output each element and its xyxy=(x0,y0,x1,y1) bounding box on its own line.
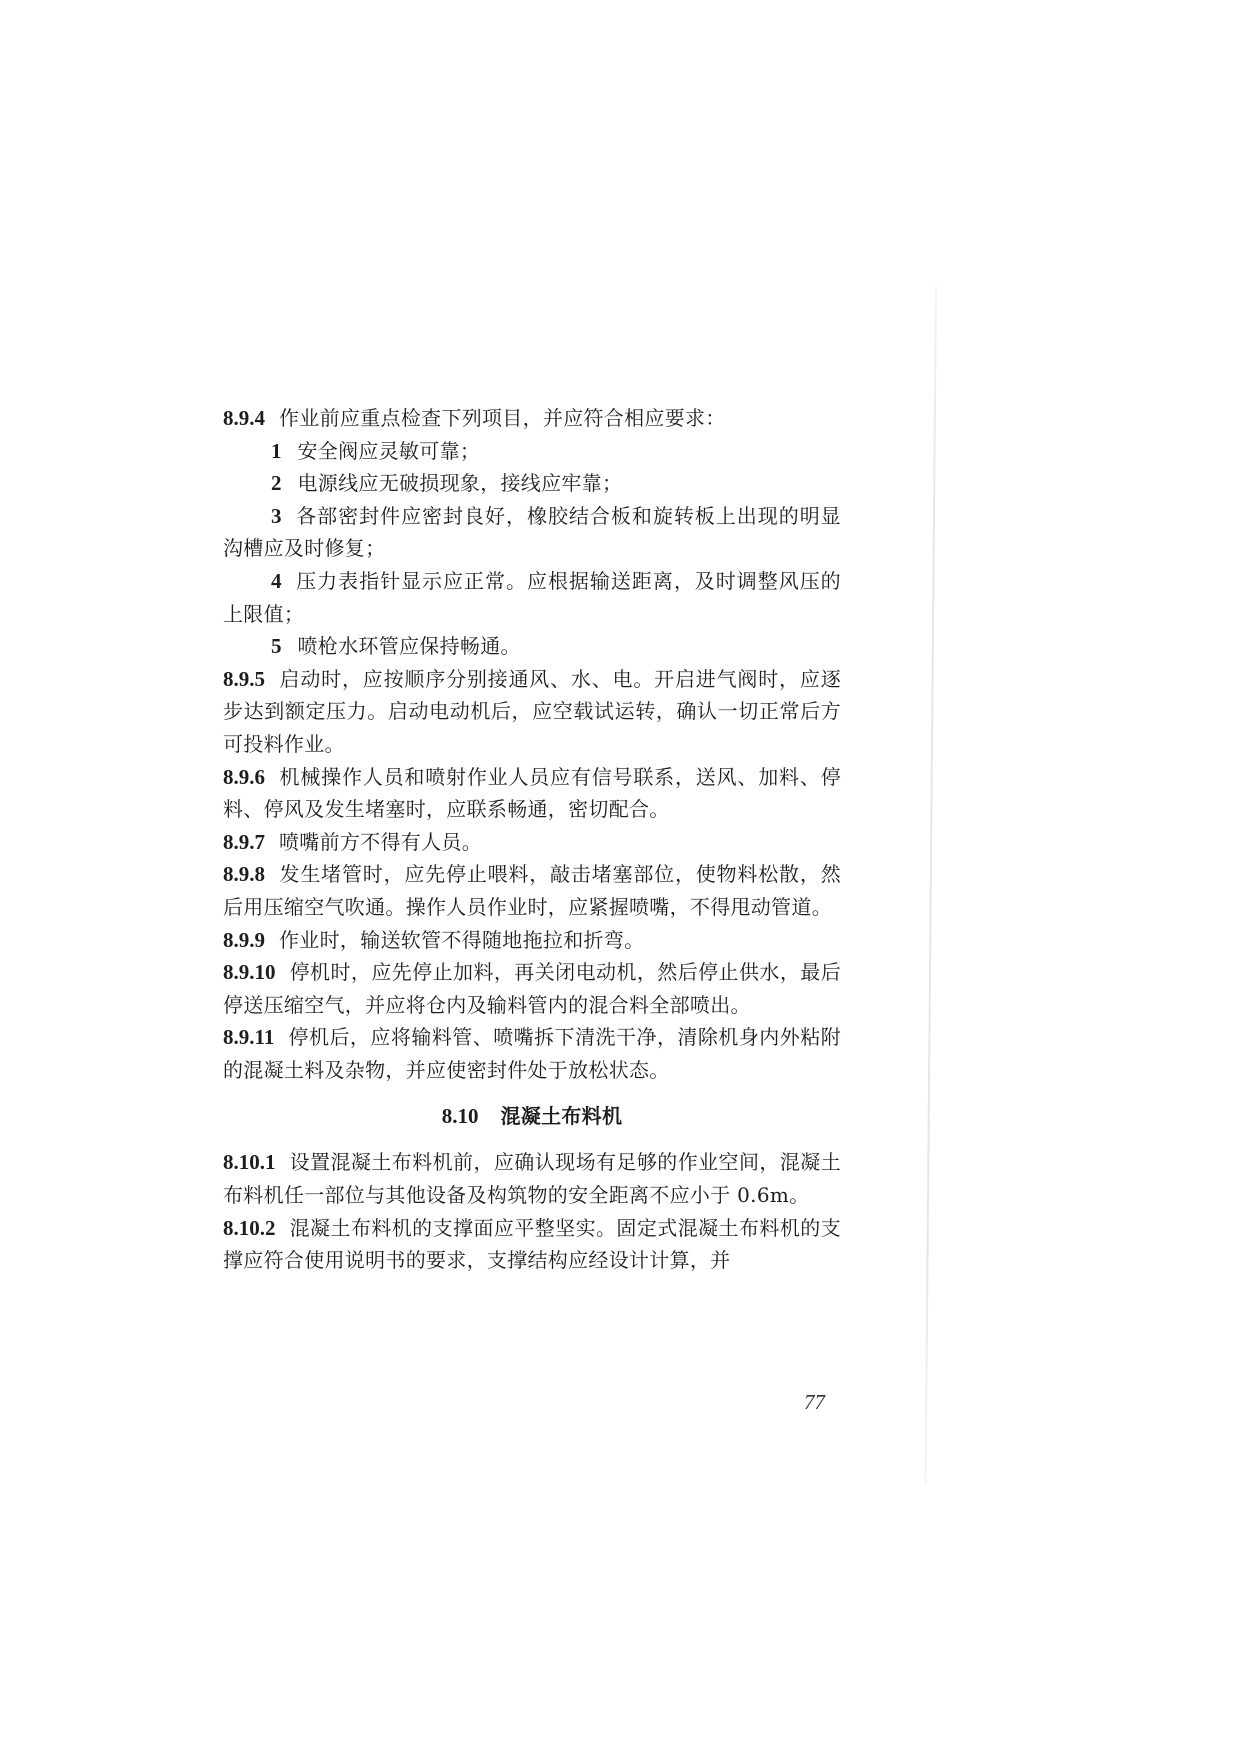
section-heading: 8.10混凝土布料机 xyxy=(223,1100,841,1132)
clause-8-9-5: 8.9.5启动时，应按顺序分别接通风、水、电。开启进气阀时，应逐步达到额定压力。… xyxy=(223,663,841,761)
clause-8-9-9: 8.9.9作业时，输送软管不得随地拖拉和折弯。 xyxy=(223,924,841,957)
clause-8-10-1: 8.10.1设置混凝土布料机前，应确认现场有足够的作业空间，混凝土布料机任一部位… xyxy=(223,1146,841,1211)
list-item: 1安全阀应灵敏可靠； xyxy=(223,435,841,468)
clause-8-9-10: 8.9.10停机时，应先停止加料，再关闭电动机，然后停止供水，最后停送压缩空气，… xyxy=(223,956,841,1021)
clause-8-9-6: 8.9.6机械操作人员和喷射作业人员应有信号联系，送风、加料、停料、停风及发生堵… xyxy=(223,761,841,826)
clause-8-9-7: 8.9.7喷嘴前方不得有人员。 xyxy=(223,826,841,859)
list-item: 2电源线应无破损现象，接线应牢靠； xyxy=(223,467,841,500)
clause-8-9-11: 8.9.11停机后，应将输料管、喷嘴拆下清洗干净，清除机身内外粘附的混凝土料及杂… xyxy=(223,1021,841,1086)
page-edge-shadow xyxy=(925,285,937,1485)
document-body: 8.9.4作业前应重点检查下列项目，并应符合相应要求： 1安全阀应灵敏可靠； 2… xyxy=(223,402,841,1277)
clause-8-9-4: 8.9.4作业前应重点检查下列项目，并应符合相应要求： xyxy=(223,402,841,435)
clause-8-9-8: 8.9.8发生堵管时，应先停止喂料，敲击堵塞部位，使物料松散，然后用压缩空气吹通… xyxy=(223,858,841,923)
list-item: 3各部密封件应密封良好，橡胶结合板和旋转板上出现的明显沟槽应及时修复； xyxy=(223,500,841,565)
list-item: 5喷枪水环管应保持畅通。 xyxy=(223,630,841,663)
list-item: 4压力表指针显示应正常。应根据输送距离，及时调整风压的上限值； xyxy=(223,565,841,630)
page-number: 77 xyxy=(804,1390,825,1415)
clause-8-10-2: 8.10.2混凝土布料机的支撑面应平整坚实。固定式混凝土布料机的支撑应符合使用说… xyxy=(223,1212,841,1277)
